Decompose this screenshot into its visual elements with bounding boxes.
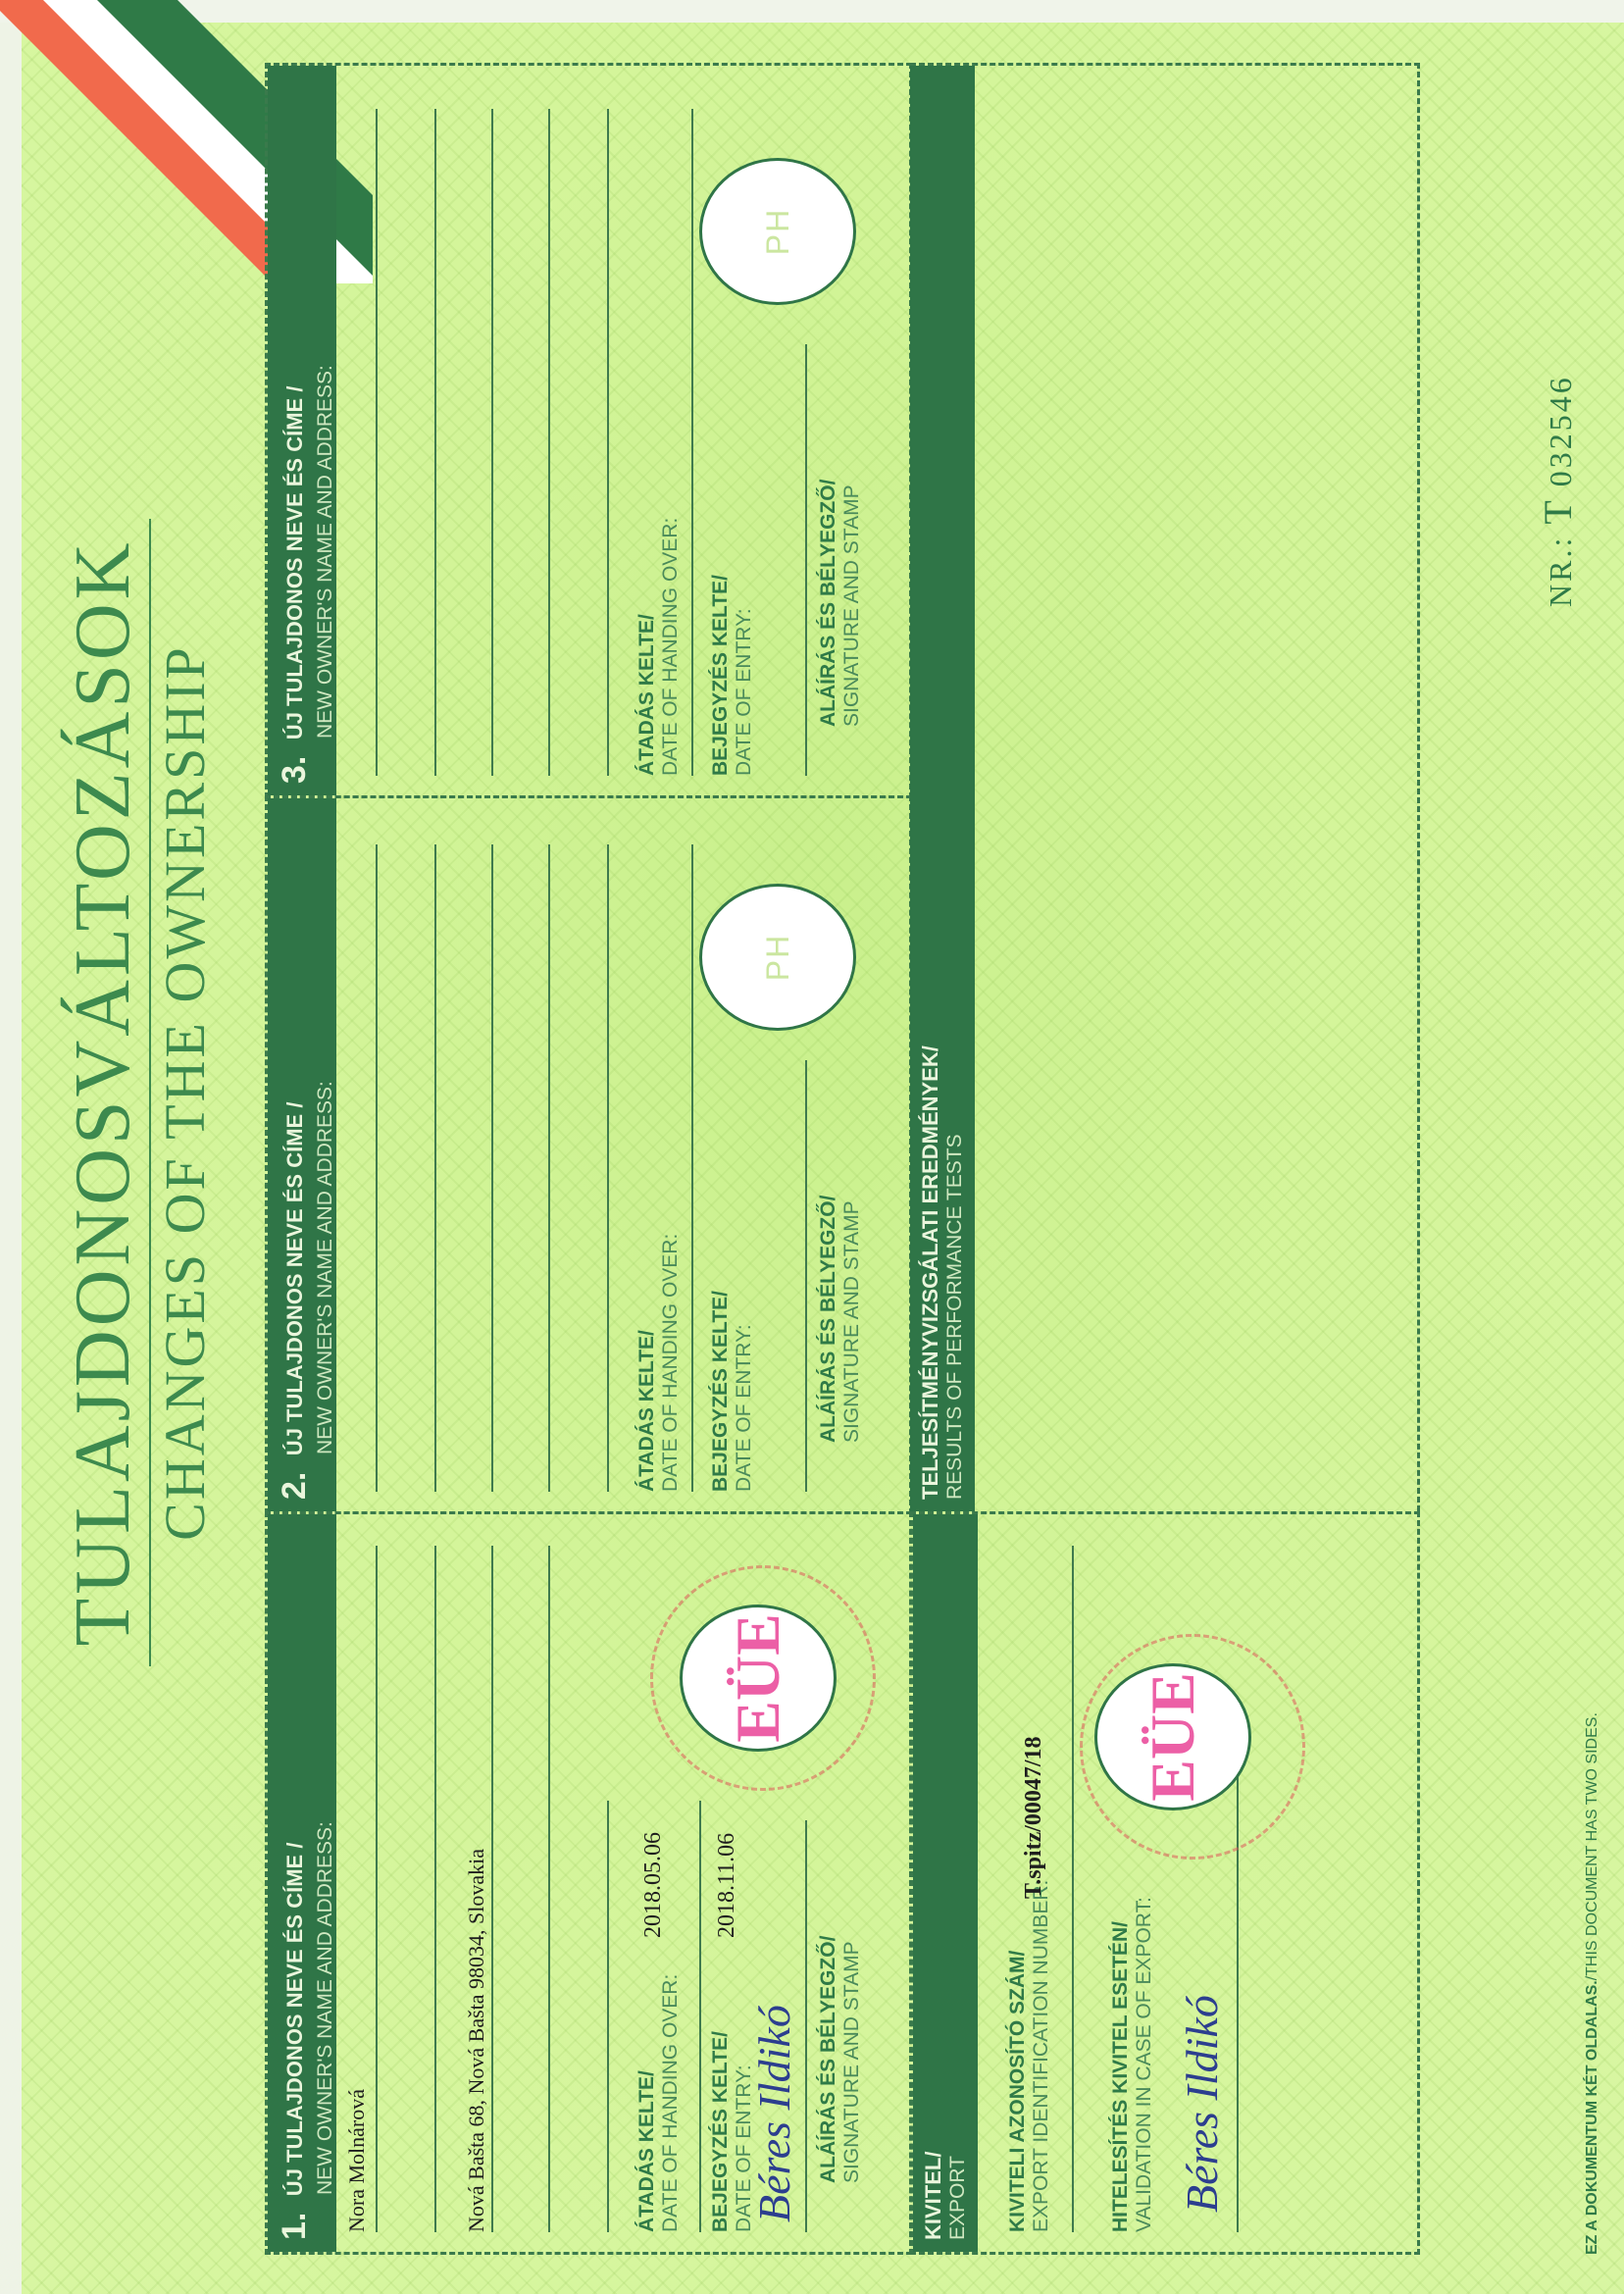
- address-line-1: [491, 109, 493, 776]
- export-header-hu: KIVITEL/: [921, 2152, 945, 2240]
- export-id-value: T.spitz/00047/18: [1021, 1736, 1047, 1899]
- entry-label: BEJEGYZÉS KELTE/ DATE OF ENTRY:: [709, 1291, 756, 1492]
- export-logo-stamp: EÜE: [1137, 1672, 1209, 1802]
- handover-label: ÁTADÁS KELTE/ DATE OF HANDING OVER:: [635, 1234, 683, 1492]
- signature-label: ALÁÍRÁS ÉS BÉLYEGZŐ/ SIGNATURE AND STAMP: [817, 480, 864, 727]
- title-english: CHANGES OF THE OWNERSHIP: [151, 519, 220, 1666]
- export-header: KIVITEL/ EXPORT: [913, 1514, 978, 2252]
- signature-line: [805, 344, 807, 776]
- export-header-en: EXPORT: [946, 2156, 969, 2240]
- stamp-circle: EÜE: [680, 1605, 837, 1752]
- section-2-header: 2. ÚJ TULAJDONOS NEVE ÉS CÍME / NEW OWNE…: [268, 798, 336, 1511]
- name-line-1: [376, 844, 378, 1492]
- signature-label: ALÁÍRÁS ÉS BÉLYEGZŐ/ SIGNATURE AND STAMP: [817, 1936, 864, 2183]
- address-line-1: [491, 1546, 493, 2232]
- owner-address-value: Nová Bašta 68, Nová Bašta 98034, Slovaki…: [464, 1849, 489, 2232]
- section-number: 1.: [276, 2213, 313, 2240]
- performance-header-hu: TELJESÍTMÉNYVIZSGÁLATI EREDMÉNYEK/: [918, 1045, 942, 1500]
- footer-hu: EZ A DOKUMENTUM KÉT OLDALAS.: [1584, 1980, 1600, 2255]
- owner-signature: Béres Ildikó: [748, 2005, 800, 2222]
- address-line-3: [607, 109, 609, 776]
- section-header-en: NEW OWNER'S NAME AND ADDRESS:: [314, 1821, 336, 2195]
- owner-section-1: 1. ÚJ TULAJDONOS NEVE ÉS CÍME / NEW OWNE…: [265, 1511, 912, 2255]
- address-line-1: [491, 844, 493, 1492]
- paper-edge-top: [0, 0, 22, 2294]
- stamp-placeholder-circle: PH: [699, 158, 856, 305]
- signature-line: [805, 1060, 807, 1492]
- association-logo-stamp: EÜE: [722, 1613, 794, 1743]
- export-id-line: [1072, 1546, 1074, 2232]
- address-line-3: [607, 1801, 609, 2232]
- export-stamp-circle: EÜE: [1094, 1663, 1251, 1810]
- handover-line: [691, 844, 693, 1492]
- address-line-3: [607, 844, 609, 1492]
- ownership-certificate-page: TULAJDONOSVÁLTOZÁSOK CHANGES OF THE OWNE…: [0, 0, 1624, 2294]
- serial-number: NR.: T 032546: [1535, 375, 1581, 607]
- name-line-1: [376, 1546, 378, 2232]
- handover-label: ÁTADÁS KELTE/ DATE OF HANDING OVER:: [635, 518, 683, 776]
- address-line-2: [548, 1546, 550, 2232]
- entry-label: BEJEGYZÉS KELTE/ DATE OF ENTRY:: [709, 575, 756, 776]
- name-line-2: [434, 1546, 436, 2232]
- name-line-2: [434, 109, 436, 776]
- handover-line: [699, 1801, 701, 2232]
- address-line-2: [548, 109, 550, 776]
- export-signature: Béres Ildikó: [1176, 1995, 1228, 2213]
- section-1-header: 1. ÚJ TULAJDONOS NEVE ÉS CÍME / NEW OWNE…: [268, 1514, 336, 2252]
- handover-date-value: 2018.05.06: [640, 1832, 667, 1938]
- signature-label: ALÁÍRÁS ÉS BÉLYEGZŐ/ SIGNATURE AND STAMP: [817, 1196, 864, 1443]
- stamp-placeholder-text: PH: [760, 208, 796, 255]
- handover-label: ÁTADÁS KELTE/ DATE OF HANDING OVER:: [635, 1974, 683, 2232]
- export-id-label: KIVITELI AZONOSÍTÓ SZÁM/ EXPORT IDENTIFI…: [1006, 1880, 1053, 2232]
- validation-label: HITELESÍTÉS KIVITEL ESETÉN/ VALIDATION I…: [1109, 1897, 1156, 2232]
- owner-section-2: 2. ÚJ TULAJDONOS NEVE ÉS CÍME / NEW OWNE…: [265, 795, 912, 1514]
- section-header-hu: ÚJ TULAJDONOS NEVE ÉS CÍME /: [282, 1843, 307, 2197]
- title-hungarian: TULAJDONOSVÁLTOZÁSOK: [59, 519, 151, 1666]
- two-sides-notice: EZ A DOKUMENTUM KÉT OLDALAS./THIS DOCUME…: [1584, 1712, 1601, 2255]
- name-line-1: [376, 109, 378, 776]
- performance-header: TELJESÍTMÉNYVIZSGÁLATI EREDMÉNYEK/ RESUL…: [910, 66, 975, 1511]
- stamp-placeholder-text: PH: [760, 934, 796, 981]
- handover-line: [691, 109, 693, 776]
- section-3-header: 3. ÚJ TULAJDONOS NEVE ÉS CÍME / NEW OWNE…: [268, 66, 336, 795]
- serial-letter: T: [1536, 497, 1580, 524]
- stamp-placeholder-circle: PH: [699, 884, 856, 1031]
- signature-line: [805, 1820, 807, 2232]
- owner-name-value: Nora Molnárová: [344, 2089, 370, 2232]
- entry-date-value: 2018.11.06: [714, 1833, 740, 1938]
- footer-en: /THIS DOCUMENT HAS TWO SIDES.: [1584, 1712, 1600, 1980]
- export-section: KIVITEL/ EXPORT KIVITELI AZONOSÍTÓ SZÁM/…: [910, 1511, 1420, 2255]
- owner-section-3: 3. ÚJ TULAJDONOS NEVE ÉS CÍME / NEW OWNE…: [265, 63, 912, 798]
- serial-digits: 032546: [1543, 375, 1578, 486]
- page-title: TULAJDONOSVÁLTOZÁSOK CHANGES OF THE OWNE…: [59, 519, 220, 1666]
- performance-tests-section: TELJESÍTMÉNYVIZSGÁLATI EREDMÉNYEK/ RESUL…: [910, 63, 1420, 1511]
- address-line-2: [548, 844, 550, 1492]
- serial-prefix: NR.:: [1543, 535, 1578, 607]
- name-line-2: [434, 844, 436, 1492]
- performance-header-en: RESULTS OF PERFORMANCE TESTS: [943, 1134, 966, 1500]
